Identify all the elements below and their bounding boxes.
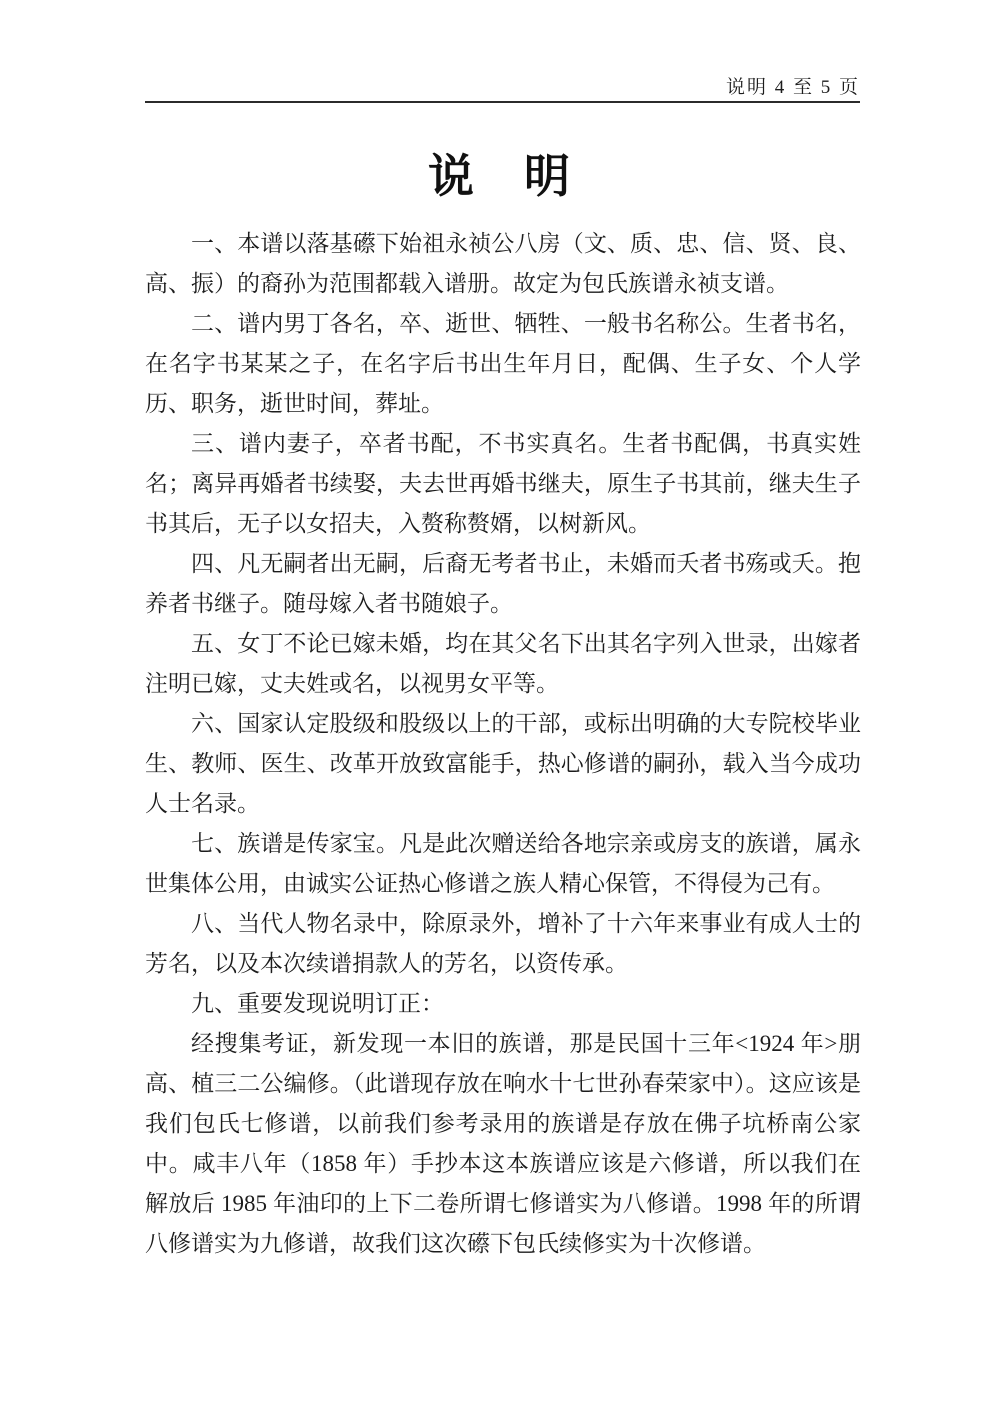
paragraph-7: 七、族谱是传家宝。凡是此次赠送给各地宗亲或房支的族谱，属永世集体公用，由诚实公证… [145,824,861,904]
paragraph-5: 五、女丁不论已嫁未婚，均在其父名下出其名字列入世录，出嫁者注明已嫁，丈夫姓或名，… [145,624,861,704]
page-header: 说明 4 至 5 页 [726,72,860,99]
paragraph-3: 三、谱内妻子，卒者书配，不书实真名。生者书配偶，书真实姓名；离异再婚者书续娶，夫… [145,424,861,544]
paragraph-4: 四、凡无嗣者出无嗣，后裔无考者书止，未婚而夭者书殇或夭。抱养者书继子。随母嫁入者… [145,544,861,624]
page-title: 说 明 [0,140,1000,206]
header-rule [145,101,860,103]
paragraph-10: 经搜集考证，新发现一本旧的族谱，那是民国十三年<1924 年>朋高、植三二公编修… [145,1024,861,1264]
paragraph-8: 八、当代人物名录中，除原录外，增补了十六年来事业有成人士的芳名，以及本次续谱捐款… [145,904,861,984]
document-body: 一、本谱以落基礤下始祖永祯公八房（文、质、忠、信、贤、良、高、振）的裔孙为范围都… [145,224,861,1264]
paragraph-9: 九、重要发现说明订正： [145,984,861,1024]
document-page: 说明 4 至 5 页 说 明 一、本谱以落基礤下始祖永祯公八房（文、质、忠、信、… [0,0,1000,1414]
paragraph-1: 一、本谱以落基礤下始祖永祯公八房（文、质、忠、信、贤、良、高、振）的裔孙为范围都… [145,224,861,304]
paragraph-6: 六、国家认定股级和股级以上的干部，或标出明确的大专院校毕业生、教师、医生、改革开… [145,704,861,824]
paragraph-2: 二、谱内男丁各名，卒、逝世、牺牲、一般书名称公。生者书名，在名字书某某之子，在名… [145,304,861,424]
header-page-label: 说明 4 至 5 页 [726,77,860,98]
